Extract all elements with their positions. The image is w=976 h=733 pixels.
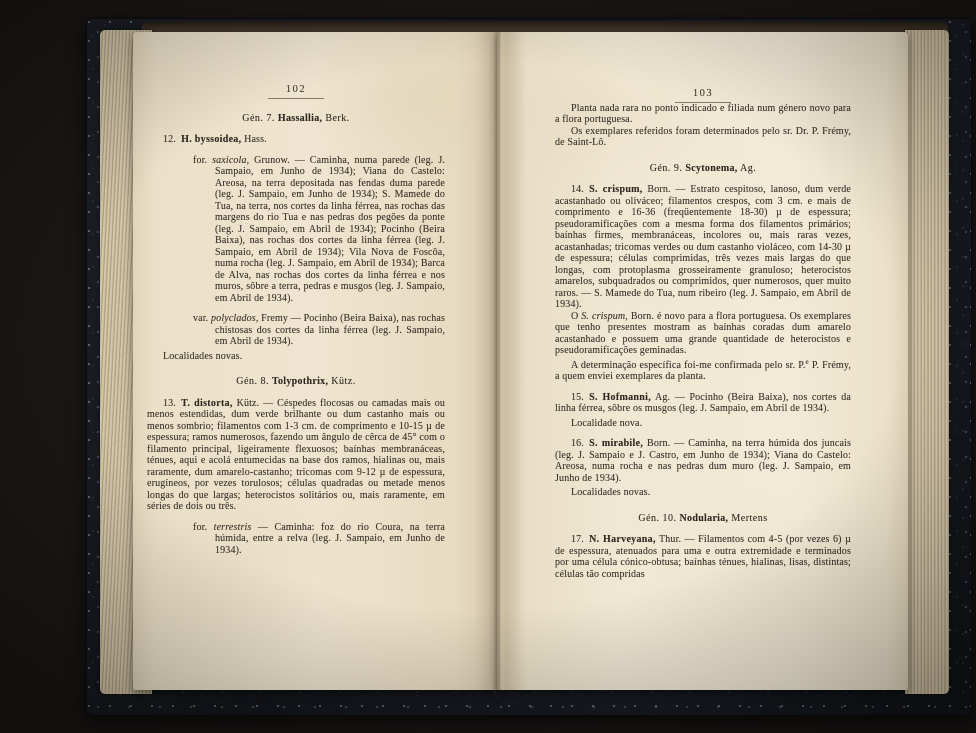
text-run: Localidades novas. — [571, 487, 650, 498]
body-paragraph: Os exemplares referidos foram determinad… — [555, 126, 851, 149]
left-page: 102 Gén. 7. Hassallia, Berk.12. H. bysso… — [133, 32, 497, 690]
text-run: terrestris — [214, 522, 252, 533]
text-run: for. — [193, 155, 212, 166]
text-run: Gén. 9. — [650, 163, 686, 174]
text-run: Kütz. — Céspedes flocosas ou camadas mai… — [147, 398, 445, 513]
text-run: Gén. 10. — [638, 513, 679, 524]
text-run: Localidade nova. — [571, 418, 642, 429]
text-run: Scytonema, — [685, 163, 737, 174]
body-paragraph: Planta nada rara no ponto indicado e fil… — [555, 103, 851, 126]
text-run: T. distorta, — [181, 398, 233, 409]
text-run: 13. — [163, 398, 181, 409]
text-run: Os exemplares referidos foram determinad… — [555, 126, 851, 149]
species-entry: 15. S. Hofmanni, Ag. — Pocinho (Beira Ba… — [555, 392, 851, 415]
genus-heading: Gén. 10. Nodularia, Mertens — [555, 513, 851, 525]
text-run: Kütz. — [328, 376, 355, 387]
page-number-value: 103 — [675, 88, 731, 103]
forma-note: for. saxicola, Grunow. — Caminha, numa p… — [193, 155, 445, 305]
book-scan: 102 Gén. 7. Hassallia, Berk.12. H. bysso… — [0, 0, 976, 733]
species-entry: 17. N. Harveyana, Thur. — Filamentos com… — [555, 534, 851, 580]
text-run: Grunow. — Caminha, numa parede (leg. J. … — [215, 155, 445, 304]
left-page-blocks: Gén. 7. Hassallia, Berk.12. H. byssoidea… — [147, 113, 445, 557]
text-run: Ag. — [738, 163, 757, 174]
text-run: S. Hofmanni, — [589, 392, 651, 403]
locality-note: Localidades novas. — [555, 487, 851, 499]
text-run: Mertens — [728, 513, 767, 524]
page-number: 102 — [147, 84, 445, 99]
text-run: O — [571, 311, 581, 322]
text-run: var. — [193, 313, 211, 324]
text-run: Berk. — [322, 113, 349, 124]
body-paragraph: A determinação específica foi-me confirm… — [555, 357, 851, 383]
page-number: 103 — [555, 88, 851, 103]
species-entry: 12. H. byssoidea, Hass. — [147, 134, 445, 146]
right-page-text-column: 103 Planta nada rara no ponto indicado e… — [555, 88, 851, 580]
text-run: 16. — [571, 438, 589, 449]
text-run: Hassallia, — [278, 113, 322, 124]
text-run: Localidades novas. — [163, 351, 242, 362]
text-run: Nodularia, — [680, 513, 729, 524]
species-entry: 13. T. distorta, Kütz. — Céspedes flocos… — [147, 398, 445, 513]
text-run: S. crispum, — [589, 184, 643, 195]
right-page-blocks: Planta nada rara no ponto indicado e fil… — [555, 103, 851, 581]
locality-note: Localidade nova. — [555, 418, 851, 430]
text-run: Planta nada rara no ponto indicado e fil… — [555, 103, 851, 126]
text-run: Tolypothrix, — [272, 376, 328, 387]
left-page-text-column: 102 Gén. 7. Hassallia, Berk.12. H. bysso… — [147, 84, 445, 556]
text-run: 14. — [571, 184, 589, 195]
locality-note: Localidades novas. — [147, 351, 445, 363]
genus-heading: Gén. 8. Tolypothrix, Kütz. — [147, 376, 445, 388]
text-run: H. byssoidea, — [181, 134, 241, 145]
text-run: A determinação específica foi-me confirm… — [571, 360, 806, 371]
text-run: 12. — [163, 134, 181, 145]
forma-note: for. terrestris — Caminha: foz do rio Co… — [193, 522, 445, 557]
text-run: saxicola, — [212, 155, 249, 166]
page-number-value: 102 — [268, 84, 324, 99]
body-paragraph: O S. crispum, Born. é novo para a flora … — [555, 311, 851, 357]
genus-heading: Gén. 7. Hassallia, Berk. — [147, 113, 445, 125]
text-run: 17. — [571, 534, 589, 545]
text-run: Gén. 7. — [242, 113, 278, 124]
right-page: 103 Planta nada rara no ponto indicado e… — [497, 32, 908, 690]
text-run: Hass. — [241, 134, 266, 145]
text-run: polyclados, — [211, 313, 258, 324]
species-entry: 16. S. mirabile, Born. — Caminha, na ter… — [555, 438, 851, 484]
species-entry: 14. S. crispum, Born. — Estrato cespitos… — [555, 184, 851, 311]
text-run: Gén. 8. — [236, 376, 272, 387]
text-run: S. crispum, — [581, 311, 628, 322]
text-run: N. Harveyana, — [589, 534, 656, 545]
text-run: 15. — [571, 392, 589, 403]
right-page-edge-stack — [905, 30, 949, 694]
text-run: for. — [193, 522, 214, 533]
forma-note: var. polyclados, Fremy — Pocinho (Beira … — [193, 313, 445, 348]
text-run: S. mirabile, — [589, 438, 643, 449]
text-run: Born. — Estrato cespitoso, lanoso, dum v… — [555, 184, 851, 310]
genus-heading: Gén. 9. Scytonema, Ag. — [555, 163, 851, 175]
